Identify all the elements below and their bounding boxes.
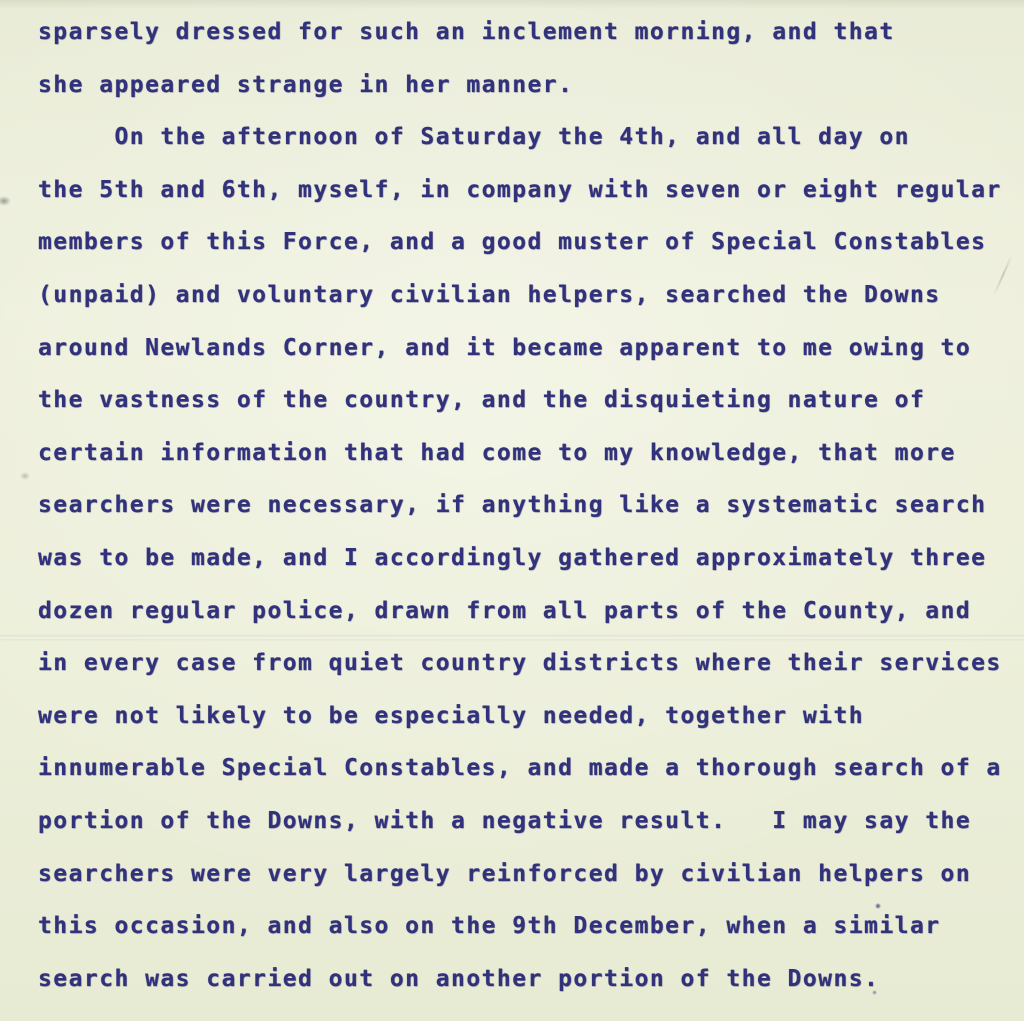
- typewritten-line: searchers were very largely reinforced b…: [38, 848, 1024, 901]
- typewritten-line: portion of the Downs, with a negative re…: [38, 795, 1024, 848]
- typewritten-line: (unpaid) and voluntary civilian helpers,…: [38, 269, 1024, 322]
- paper-smudge: [20, 472, 30, 480]
- typewritten-line: the 5th and 6th, myself, in company with…: [38, 164, 1024, 217]
- typewritten-line: the vastness of the country, and the dis…: [38, 374, 1024, 427]
- typewritten-line: she appeared strange in her manner.: [38, 59, 1024, 112]
- typewritten-line: in every case from quiet country distric…: [38, 637, 1024, 690]
- document-body-text: sparsely dressed for such an inclement m…: [38, 6, 1024, 1005]
- typewritten-line: this occasion, and also on the 9th Decem…: [38, 900, 1024, 953]
- typewritten-page: sparsely dressed for such an inclement m…: [0, 0, 1024, 1021]
- typewritten-line: were not likely to be especially needed,…: [38, 690, 1024, 743]
- typewritten-line: dozen regular police, drawn from all par…: [38, 585, 1024, 638]
- typewritten-line: was to be made, and I accordingly gather…: [38, 532, 1024, 585]
- typewritten-line: search was carried out on another portio…: [38, 953, 1024, 1006]
- typewritten-line: certain information that had come to my …: [38, 427, 1024, 480]
- paper-smudge: [0, 196, 11, 206]
- typewritten-line: searchers were necessary, if anything li…: [38, 479, 1024, 532]
- typewritten-line: members of this Force, and a good muster…: [38, 216, 1024, 269]
- typewritten-line: sparsely dressed for such an inclement m…: [38, 6, 1024, 59]
- typewritten-line: On the afternoon of Saturday the 4th, an…: [38, 111, 1024, 164]
- typewritten-line: around Newlands Corner, and it became ap…: [38, 322, 1024, 375]
- typewritten-line: innumerable Special Constables, and made…: [38, 742, 1024, 795]
